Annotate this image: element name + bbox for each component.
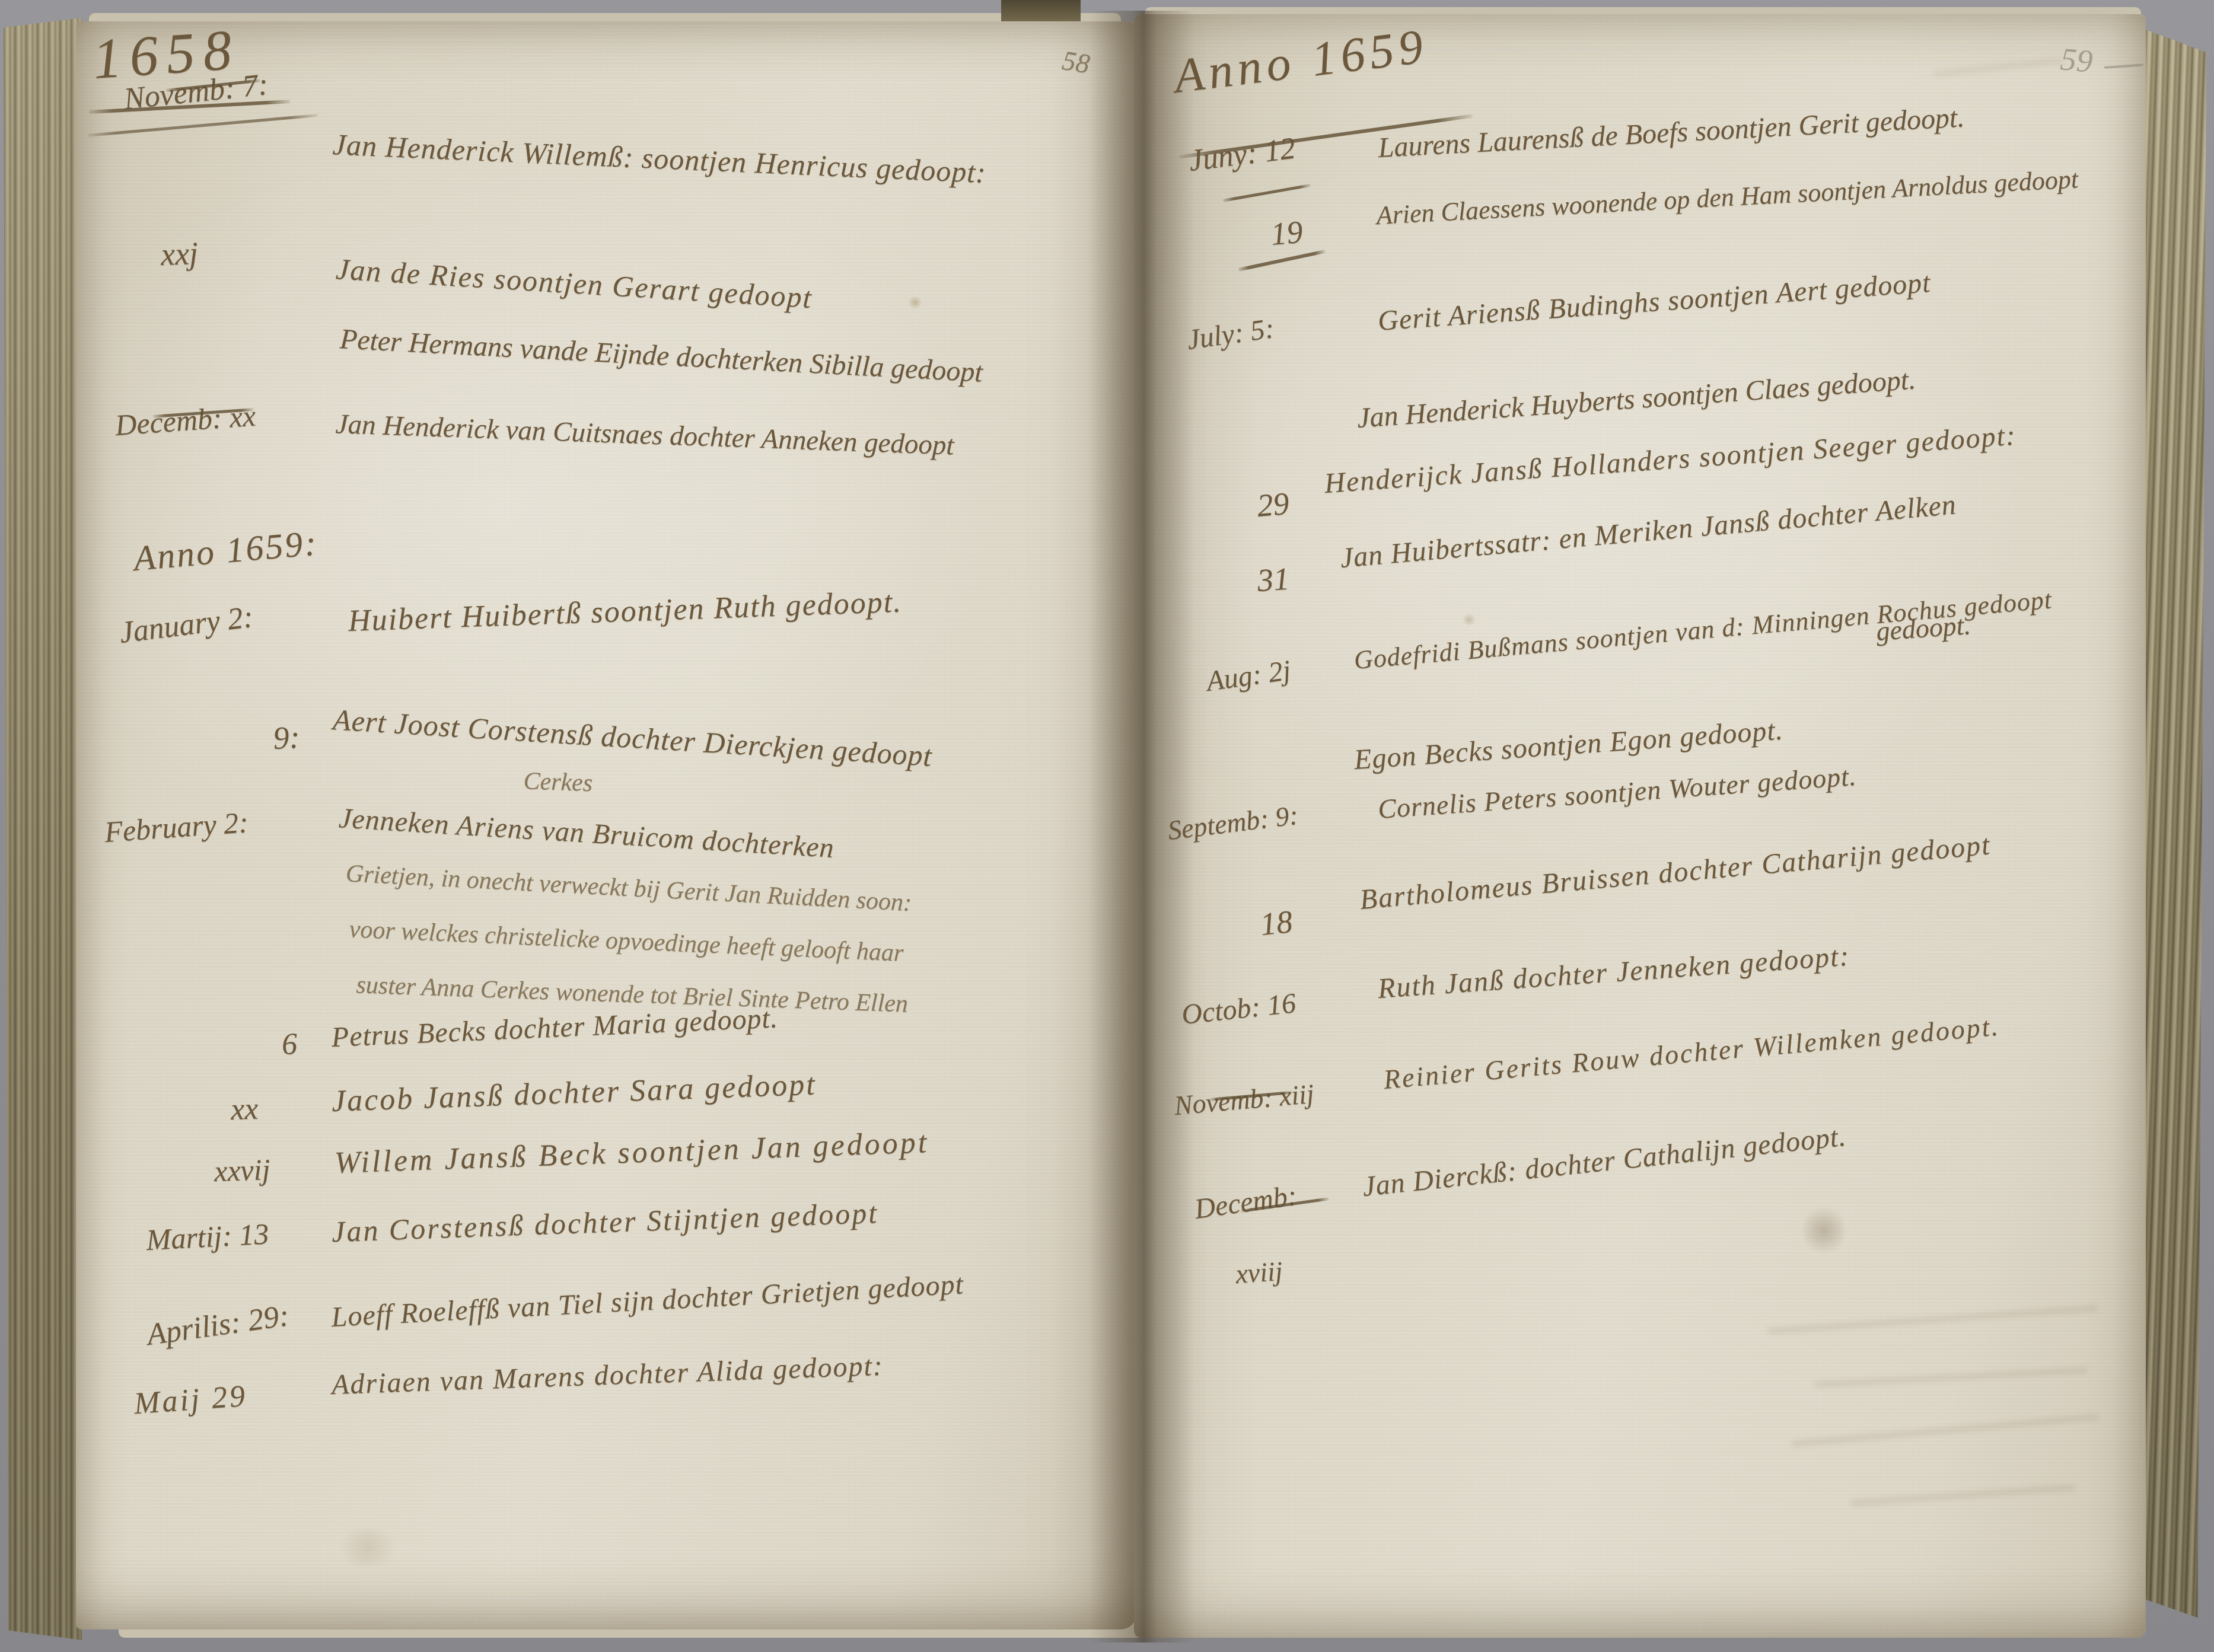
right-entry-5-date: 31 bbox=[1256, 562, 1291, 597]
manuscript-scan: 1658 58 Novemb: 7: Jan Henderick Willemß… bbox=[0, 0, 2214, 1652]
left-entry-10-date: Martij: 13 bbox=[145, 1219, 269, 1255]
left-folio-number: 58 bbox=[1060, 47, 1092, 78]
right-entry-12-date2: xviij bbox=[1235, 1258, 1283, 1288]
left-entry-12-date: Maij 29 bbox=[133, 1381, 248, 1420]
left-entry-8-date: xx bbox=[230, 1093, 259, 1125]
left-entry-9-date: xxvij bbox=[214, 1155, 270, 1186]
left-entry-5-date: 9: bbox=[272, 721, 301, 754]
right-entry-1-date: 19 bbox=[1269, 215, 1304, 250]
right-entry-4-date: 29 bbox=[1256, 487, 1291, 522]
left-entry-5-note: Cerkes bbox=[523, 768, 593, 796]
right-folio-number: 59 bbox=[2059, 43, 2094, 78]
left-entry-7-date: 6 bbox=[281, 1029, 298, 1060]
right-entry-9-date: 18 bbox=[1259, 905, 1294, 940]
left-entry-1-date: xxj bbox=[160, 237, 199, 270]
book-page-edges-left bbox=[4, 18, 82, 1640]
